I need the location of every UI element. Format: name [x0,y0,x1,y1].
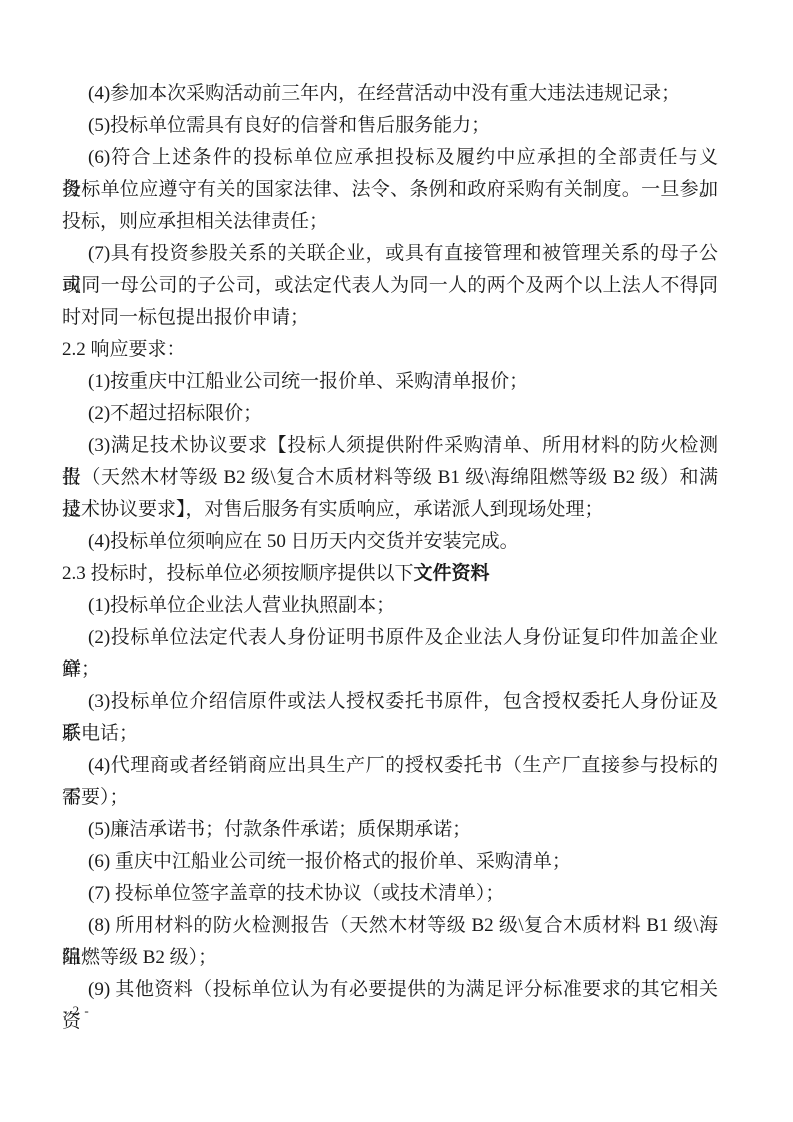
body-text: (5)廉洁承诺书；付款条件承诺；质保期承诺； [88,819,471,840]
text-line: 2.2 响应要求： [62,334,718,366]
text-line: (9) 其他资料（投标单位认为有必要提供的为满足评分标准要求的其它相关资 [62,974,718,1006]
emphasis-text: 文件资料 [414,563,490,584]
body-text: 技术协议要求】，对售后服务有实质响应，承诺派人到现场处理； [62,499,604,520]
text-line: 2.3 投标时，投标单位必须按顺序提供以下文件资料 [62,558,718,590]
body-text: (4)参加本次采购活动前三年内，在经营活动中没有重大违法违规记录； [88,83,680,104]
text-line: 章； [62,654,718,686]
text-line: 投标，则应承担相关法律责任； [62,206,718,238]
text-line: 告（天然木材等级 B2 级\复合木质材料等级 B1 级\海绵阻燃等级 B2 级）… [62,462,718,494]
body-text: (6) 重庆中江船业公司统一报价格式的报价单、采购清单； [88,851,571,872]
text-line: (1)按重庆中江船业公司统一报价单、采购清单报价； [62,366,718,398]
document-page: (4)参加本次采购活动前三年内，在经营活动中没有重大违法违规记录；(5)投标单位… [0,0,793,1122]
text-line: (1)投标单位企业法人营业执照副本； [62,590,718,622]
body-text: 系电话； [62,723,138,744]
text-line: (4)代理商或者经销商应出具生产厂的授权委托书（生产厂直接参与投标的不 [62,750,718,782]
body-text: 2.3 投标时，投标单位必须按顺序提供以下 [62,563,414,584]
text-line: (6)符合上述条件的投标单位应承担投标及履约中应承担的全部责任与义务。 [62,142,718,174]
text-line: (4)投标单位须响应在 50 日历天内交货并安装完成。 [62,526,718,558]
body-text: (1)投标单位企业法人营业执照副本； [88,595,395,616]
body-text: 阻燃等级 B2 级）； [62,947,217,968]
document-body: (4)参加本次采购活动前三年内，在经营活动中没有重大违法违规记录；(5)投标单位… [62,78,718,1006]
body-text: (9) 其他资料（投标单位认为有必要提供的为满足评分标准要求的其它相关资 [62,979,718,1032]
text-line: 需要）； [62,782,718,814]
text-line: 阻燃等级 B2 级）； [62,942,718,974]
body-text: 投标，则应承担相关法律责任； [62,211,328,232]
text-line: 系电话； [62,718,718,750]
text-line: (4)参加本次采购活动前三年内，在经营活动中没有重大违法违规记录； [62,78,718,110]
text-line: 技术协议要求】，对售后服务有实质响应，承诺派人到现场处理； [62,494,718,526]
body-text: 时对同一标包提出报价申请； [62,307,309,328]
body-text: 或同一母公司的子公司，或法定代表人为同一人的两个及两个以上法人不得同 [62,275,718,296]
text-line: (7)具有投资参股关系的关联企业，或具有直接管理和被管理关系的母子公司， [62,238,718,270]
text-line: (3)满足技术协议要求【投标人须提供附件采购清单、所用材料的防火检测报 [62,430,718,462]
body-text: 投标单位应遵守有关的国家法律、法令、条例和政府采购有关制度。一旦参加 [62,179,718,200]
body-text: (2)不超过招标限价； [88,403,262,424]
body-text: 需要）； [62,787,129,808]
text-line: 或同一母公司的子公司，或法定代表人为同一人的两个及两个以上法人不得同 [62,270,718,302]
body-text: (7) 投标单位签字盖章的技术协议（或技术清单）； [88,883,504,904]
text-line: (2)投标单位法定代表人身份证明书原件及企业法人身份证复印件加盖企业鲜 [62,622,718,654]
text-line: 时对同一标包提出报价申请； [62,302,718,334]
body-text: 2.2 响应要求： [62,339,186,360]
text-line: (3)投标单位介绍信原件或法人授权委托书原件，包含授权委托人身份证及联 [62,686,718,718]
body-text: 章； [62,659,100,680]
text-line: (6) 重庆中江船业公司统一报价格式的报价单、采购清单； [62,846,718,878]
body-text: (5)投标单位需具有良好的信誉和售后服务能力； [88,115,490,136]
text-line: (5)廉洁承诺书；付款条件承诺；质保期承诺； [62,814,718,846]
text-line: (7) 投标单位签字盖章的技术协议（或技术清单）； [62,878,718,910]
text-line: (5)投标单位需具有良好的信誉和售后服务能力； [62,110,718,142]
page-number-footer: - 2 - [63,1002,90,1020]
text-line: (2)不超过招标限价； [62,398,718,430]
body-text: (4)投标单位须响应在 50 日历天内交货并安装完成。 [88,531,519,552]
text-line: (8) 所用材料的防火检测报告（天然木材等级 B2 级\复合木质材料 B1 级\… [62,910,718,942]
text-line: 投标单位应遵守有关的国家法律、法令、条例和政府采购有关制度。一旦参加 [62,174,718,206]
body-text: (1)按重庆中江船业公司统一报价单、采购清单报价； [88,371,528,392]
